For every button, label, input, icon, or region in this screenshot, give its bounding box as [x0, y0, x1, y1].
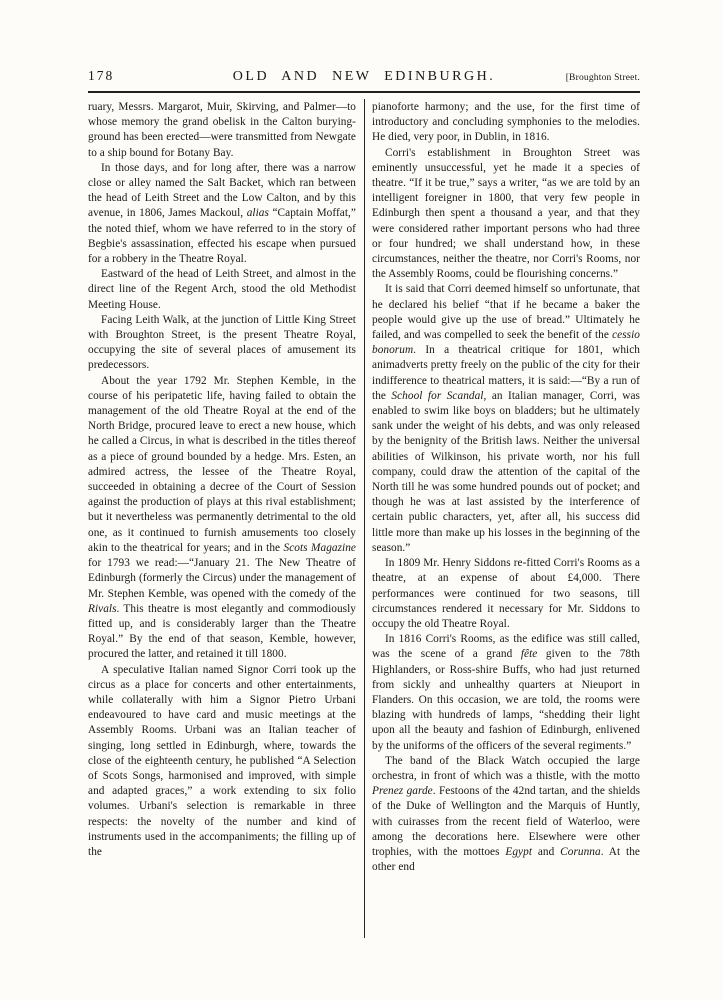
right-column: pianoforte harmony; and the use, for the…: [372, 100, 640, 945]
paragraph: In 1816 Corri's Rooms, as the edifice wa…: [372, 632, 640, 754]
paragraph: pianoforte harmony; and the use, for the…: [372, 100, 640, 146]
column-divider: [364, 99, 365, 938]
header-rule: [88, 91, 640, 93]
paragraph: In 1809 Mr. Henry Siddons re-fitted Corr…: [372, 556, 640, 632]
paragraph: ruary, Messrs. Margarot, Muir, Skirving,…: [88, 100, 356, 161]
paragraph: In those days, and for long after, there…: [88, 161, 356, 267]
page-number: 178: [88, 68, 188, 84]
running-header: 178 OLD AND NEW EDINBURGH. [Broughton St…: [88, 68, 640, 85]
paragraph: The band of the Black Watch occupied the…: [372, 754, 640, 876]
left-column: ruary, Messrs. Margarot, Muir, Skirving,…: [88, 100, 356, 945]
paragraph: A speculative Italian named Signor Corri…: [88, 663, 356, 861]
paragraph: About the year 1792 Mr. Stephen Kemble, …: [88, 374, 356, 663]
book-page: 178 OLD AND NEW EDINBURGH. [Broughton St…: [0, 0, 722, 1000]
paragraph: Corri's establishment in Broughton Stree…: [372, 146, 640, 283]
running-title: OLD AND NEW EDINBURGH.: [188, 69, 540, 85]
paragraph: Eastward of the head of Leith Street, an…: [88, 267, 356, 313]
margin-note: [Broughton Street.: [540, 73, 640, 83]
paragraph: Facing Leith Walk, at the junction of Li…: [88, 313, 356, 374]
paragraph: It is said that Corri deemed himself so …: [372, 282, 640, 556]
